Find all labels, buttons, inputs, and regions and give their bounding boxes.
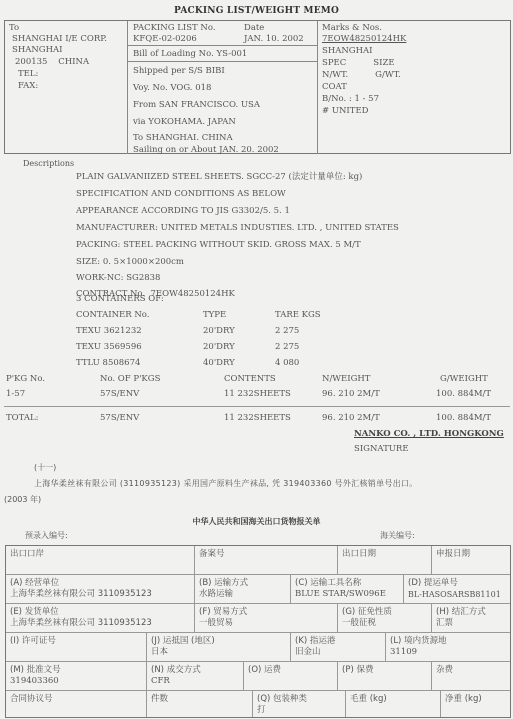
- marks-line-5: COAT: [322, 82, 347, 93]
- packing-list-no-label: PACKING LIST No.: [133, 23, 216, 34]
- marks-line-2: SHANGHAI: [322, 46, 373, 57]
- divider: [127, 21, 128, 154]
- cell-f-trade-mode: (F) 贸易方式一般贸易: [195, 604, 338, 633]
- cell-q-package-type: (Q) 包装种类打: [253, 691, 346, 717]
- marks-line-3: SPEC SIZE: [322, 58, 395, 69]
- pkg-header-gweight: G/WEIGHT: [440, 374, 488, 385]
- to-line-4: TEL:: [18, 69, 38, 80]
- cell-export-port: 出口口岸: [6, 546, 195, 575]
- divider: [128, 45, 317, 46]
- customs-no-label: 海关编号:: [380, 530, 415, 541]
- container-row-2-no: TEXU 3569596: [76, 342, 142, 353]
- pkg-row-nweight: 96. 210 2M/T: [322, 389, 380, 400]
- cell-i-license: (I) 许可证号: [6, 633, 147, 662]
- cell-a-operator: (A) 经营单位上海华柔丝袜有限公司 3110935123: [6, 575, 195, 604]
- marks-line-1: 7EOW48250124HK: [322, 34, 406, 45]
- shipping-line-5: To SHANGHAI. CHINA: [133, 133, 233, 144]
- to-line-3: 200135 CHINA: [15, 57, 89, 68]
- pkg-header-contents: CONTENTS: [224, 374, 276, 385]
- pkg-row-contents: 11 232SHEETS: [224, 389, 291, 400]
- container-row-2-tare: 2 275: [275, 342, 299, 353]
- cell-contract-no: 合同协议号: [6, 691, 147, 717]
- bill-of-loading: Bill of Loading No. YS-001: [133, 49, 247, 60]
- marks-line-6: B/No. : 1 - 57: [322, 94, 379, 105]
- total-nweight: 96. 210 2M/T: [322, 413, 380, 424]
- description-line-2: SPECIFICATION AND CONDITIONS AS BELOW: [76, 189, 286, 200]
- description-line-6: SIZE: 0. 5×1000×200cm: [76, 257, 184, 268]
- container-row-1-tare: 2 275: [275, 326, 299, 337]
- cell-g-levy-type: (G) 征免性质一般征税: [338, 604, 432, 633]
- divider: [317, 21, 318, 154]
- packing-list-no-value: KFQE-02-0206: [133, 34, 197, 45]
- cell-d-bl-no: (D) 提运单号BL-HASOSARSB81101: [404, 575, 510, 604]
- pkg-row-gweight: 100. 884M/T: [436, 389, 491, 400]
- exercise-text-line2: (2003 年): [4, 494, 41, 505]
- description-line-1: PLAIN GALVANIIZED STEEL SHEETS. SGCC-27 …: [76, 172, 362, 183]
- cell-export-date: 出口日期: [338, 546, 432, 575]
- total-divider: [4, 406, 510, 407]
- total-count: 57S/ENV: [100, 413, 139, 424]
- container-row-3-no: TTLU 8508674: [76, 358, 140, 369]
- total-gweight: 100. 884M/T: [436, 413, 491, 424]
- container-row-1-type: 20'DRY: [203, 326, 235, 337]
- shipping-line-4: via YOKOHAMA. JAPAN: [133, 117, 236, 128]
- divider: [128, 61, 317, 62]
- cell-misc-fee: 杂费: [432, 662, 510, 691]
- cell-e-shipper: (E) 发货单位上海华柔丝袜有限公司 3110935123: [6, 604, 195, 633]
- cell-p-insurance: (P) 保费: [338, 662, 432, 691]
- marks-line-7: # UNITED: [322, 106, 368, 117]
- pkg-header-nweight: N/WEIGHT: [322, 374, 370, 385]
- cell-h-settlement: (H) 结汇方式汇票: [432, 604, 510, 633]
- description-line-7: WORK-NC: SG2838: [76, 273, 160, 284]
- total-contents: 11 232SHEETS: [224, 413, 291, 424]
- exercise-number: (十一): [34, 462, 56, 473]
- cell-pieces: 件数: [147, 691, 253, 717]
- cell-o-freight: (O) 运费: [244, 662, 338, 691]
- date-label: Date: [244, 23, 264, 34]
- marks-line-4: N/WT. G/WT.: [322, 70, 401, 81]
- cell-gross-weight: 毛重 (kg): [346, 691, 441, 717]
- pkg-header-no: P'KG No.: [6, 374, 45, 385]
- pre-entry-no-label: 预录入编号:: [25, 530, 68, 541]
- shipping-line-3: From SAN FRANCISCO. USA: [133, 100, 260, 111]
- descriptions-label: Descriptions: [23, 158, 74, 169]
- to-line-1: SHANGHAI I/E CORP.: [12, 34, 107, 45]
- marks-label: Marks & Nos.: [322, 23, 382, 34]
- cell-net-weight: 净重 (kg): [441, 691, 510, 717]
- pkg-row-count: 57S/ENV: [100, 389, 139, 400]
- cell-record-no: 备案号: [195, 546, 338, 575]
- shipping-line-6: Sailing on or About JAN. 20. 2002: [133, 146, 279, 155]
- cell-c-vessel: (C) 运输工具名称BLUE STAR/SW096E: [291, 575, 404, 604]
- cell-l-source: (L) 境内货源地31109: [386, 633, 510, 662]
- container-row-1-no: TEXU 3621232: [76, 326, 142, 337]
- container-row-3-tare: 4 080: [275, 358, 299, 369]
- date-value: JAN. 10. 2002: [244, 34, 304, 45]
- container-row-3-type: 40'DRY: [203, 358, 235, 369]
- pkg-header-count: No. OF P'KGS: [100, 374, 160, 385]
- pkg-row-no: 1-57: [6, 389, 25, 400]
- cell-n-deal-mode: (N) 成交方式CFR: [147, 662, 244, 691]
- container-header-tare: TARE KGS: [275, 310, 321, 321]
- description-line-4: MANUFACTURER: UNITED METALS INDUSTIES. L…: [76, 223, 399, 234]
- total-label: TOTAL:: [6, 413, 39, 424]
- container-header-no: CONTAINER No.: [76, 310, 149, 321]
- description-line-5: PACKING: STEEL PACKING WITHOUT SKID. GRO…: [76, 240, 361, 251]
- to-line-5: FAX:: [18, 81, 38, 92]
- cell-j-destination-country: (J) 运抵国 (地区)日本: [147, 633, 291, 662]
- container-row-2-type: 20'DRY: [203, 342, 235, 353]
- shipping-line-1: Shipped per S/S BIBI: [133, 66, 225, 77]
- customs-form-title: 中华人民共和国海关出口货物报关单: [0, 516, 513, 527]
- shipping-line-2: Voy. No. VOG. 018: [133, 83, 211, 94]
- company-name: NANKO CO. , LTD. HONGKONG: [354, 429, 504, 440]
- to-label: To: [9, 23, 19, 34]
- packing-list-title: PACKING LIST/WEIGHT MEMO: [0, 6, 513, 16]
- cell-k-port: (K) 指运港旧金山: [291, 633, 386, 662]
- to-line-2: SHANGHAI: [12, 45, 63, 56]
- description-line-3: APPEARANCE ACCORDING TO JIS G3302/5. 5. …: [76, 206, 290, 217]
- container-header-type: TYPE: [203, 310, 226, 321]
- signature-label: SIGNATURE: [354, 444, 409, 455]
- cell-m-approval-no: (M) 批准文号319403360: [6, 662, 147, 691]
- exercise-text-line1: 上海华柔丝袜有限公司 (3110935123) 采用国产原料生产袜品, 凭 31…: [34, 478, 418, 489]
- description-line-9: 3 CONTAINERS OF:: [76, 294, 164, 305]
- cell-b-transport: (B) 运输方式水路运输: [195, 575, 291, 604]
- cell-declare-date: 申报日期: [432, 546, 510, 575]
